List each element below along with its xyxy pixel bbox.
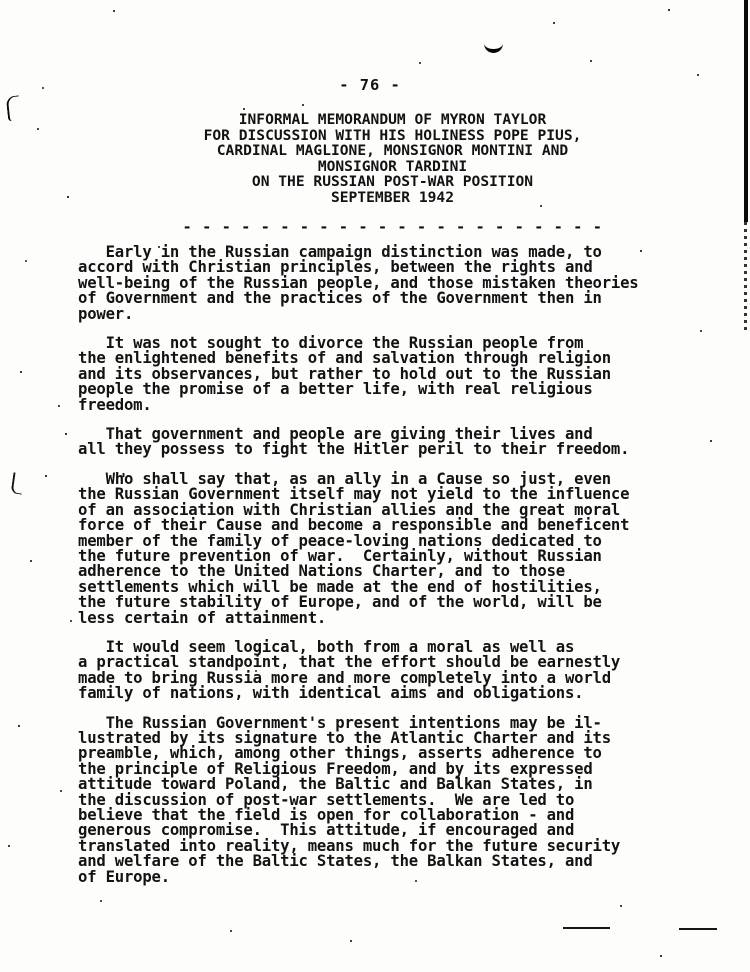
page-number: - 76 - [0,76,740,94]
crescent-scan-mark [484,40,503,53]
paragraph: Who shall say that, as an ally in a Caus… [78,472,678,626]
paragraph: Early in the Russian campaign distinctio… [78,245,678,322]
photocopy-noise [113,10,115,12]
scan-edge-dotted-strip [744,222,747,334]
memo-body: Early in the Russian campaign distinctio… [78,245,678,899]
left-margin-arc-mark [6,95,22,121]
bottom-scan-dash [679,928,717,930]
separator-dashed-line: - - - - - - - - - - - - - - - - - - - - … [105,218,680,236]
paragraph: It would seem logical, both from a moral… [78,640,678,702]
scan-edge-strip [744,0,748,222]
paragraph: It was not sought to divorce the Russian… [78,336,678,413]
memo-title: INFORMAL MEMORANDUM OF MYRON TAYLOR FOR … [105,112,680,206]
document-page: ' - 76 - INFORMAL MEMORANDUM OF MYRON TA… [0,0,750,972]
left-margin-squiggle-mark [11,472,25,494]
bottom-scan-dash [563,927,610,929]
paragraph: The Russian Government's present intenti… [78,716,678,885]
paragraph: That government and people are giving th… [78,427,678,458]
